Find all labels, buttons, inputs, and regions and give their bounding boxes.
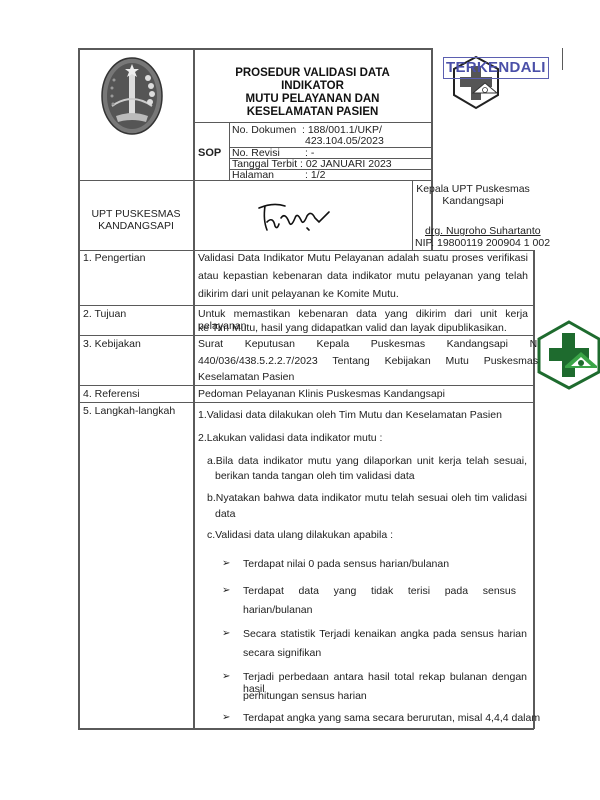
section-label-kebijakan: 3. Kebijakan xyxy=(83,338,141,350)
kebijakan-line: Keselamatan Pasien xyxy=(198,371,294,383)
signatory-name: drg. Nugroho Suhartanto xyxy=(425,225,541,237)
section-label-pengertian: 1. Pengertian xyxy=(83,252,145,264)
document-title: PROSEDUR VALIDASI DATA INDIKATOR MUTU PE… xyxy=(194,67,431,119)
title-divider xyxy=(193,122,431,123)
stamp-edge xyxy=(562,48,563,70)
border-top xyxy=(78,48,431,50)
border-bottom xyxy=(78,728,534,730)
bullet-item: Secara statistik Terjadi kenaikan angka … xyxy=(243,628,527,640)
step-2b: b.Nyatakan bahwa data indikator mutu tel… xyxy=(207,492,527,504)
bullet-item-cont: harian/bulanan xyxy=(243,604,312,616)
title-line: PROSEDUR VALIDASI DATA xyxy=(194,67,431,80)
page-value: : 1/2 xyxy=(305,169,325,181)
kebijakan-line: 440/036/438.5.2.2.7/2023 Tentang Kebijak… xyxy=(198,355,538,367)
doc-number-label: No. Dokumen xyxy=(232,124,296,136)
step-2a: a.Bila data indikator mutu yang dilapork… xyxy=(207,455,527,467)
bullet-item: Terdapat nilai 0 pada sensus harian/bula… xyxy=(243,558,449,570)
kebijakan-line: Surat Keputusan Kepala Puskesmas Kandang… xyxy=(198,338,543,350)
column-divider xyxy=(193,48,195,729)
org-name-line: KANDANGSAPI xyxy=(79,220,193,232)
step-2: 2.Lakukan validasi data indikator mutu : xyxy=(198,432,382,444)
row-divider xyxy=(78,335,534,336)
border-right xyxy=(533,250,535,729)
row-divider xyxy=(78,305,534,306)
bullet-item: Terdapat angka yang sama secara beruruta… xyxy=(243,712,540,724)
row-divider xyxy=(78,250,534,251)
section-label-langkah: 5. Langkah-langkah xyxy=(83,405,175,417)
title-line: KESELAMATAN PASIEN xyxy=(194,106,431,119)
pengertian-line: Validasi Data Indikator Mutu Pelayanan a… xyxy=(198,252,528,264)
bullet-item-cont: secara signifikan xyxy=(243,647,321,659)
pengertian-line: dikirim dari unit pelayanan ke Komite Mu… xyxy=(198,288,399,300)
step-2b-cont: data xyxy=(215,508,235,520)
bullet-item-cont: perhitungan sensus harian xyxy=(243,690,367,702)
emblem-icon xyxy=(100,56,164,136)
title-line: MUTU PELAYANAN DAN xyxy=(194,93,431,106)
signature-icon xyxy=(255,200,345,235)
row-divider xyxy=(78,402,534,403)
step-2c: c.Validasi data ulang dilakukan apabila … xyxy=(207,529,393,541)
tujuan-line: ke Tim Mutu, hasil yang didapatkan valid… xyxy=(198,322,507,334)
section-label-referensi: 4. Referensi xyxy=(83,388,140,400)
org-name: UPT PUSKESMAS KANDANGSAPI xyxy=(79,208,193,232)
puskesmas-logo-green-icon xyxy=(537,320,600,390)
sop-divider xyxy=(229,122,230,180)
bullet-item: Terdapat data yang tidak terisi pada sen… xyxy=(243,585,516,597)
pengertian-line: atau kepastian kebenaran data indikator … xyxy=(198,270,528,282)
arrow-bullet-icon: ➢ xyxy=(222,585,230,597)
step-2a-cont: berikan tanda tangan oleh tim validasi d… xyxy=(215,470,415,482)
terkendali-stamp: TERKENDALI xyxy=(443,57,549,79)
doc-number-value-cont: 423.104.05/2023 xyxy=(305,135,384,147)
row-divider xyxy=(78,385,534,386)
signatory-title-line: Kandangsapi xyxy=(413,195,533,207)
title-line: INDIKATOR xyxy=(194,80,431,93)
arrow-bullet-icon: ➢ xyxy=(222,558,230,570)
arrow-bullet-icon: ➢ xyxy=(222,671,230,683)
page-label: Halaman xyxy=(232,169,274,181)
arrow-bullet-icon: ➢ xyxy=(222,628,230,640)
signatory-nip: NIP. 19800119 200904 1 002 xyxy=(415,237,550,249)
signatory-title-line: Kepala UPT Puskesmas xyxy=(413,183,533,195)
border-right-header xyxy=(431,48,433,250)
org-name-line: UPT PUSKESMAS xyxy=(79,208,193,220)
signatory-title: Kepala UPT Puskesmas Kandangsapi xyxy=(413,183,533,207)
section-label-tujuan: 2. Tujuan xyxy=(83,308,126,320)
border-left xyxy=(78,48,80,729)
step-1: 1.Validasi data dilakukan oleh Tim Mutu … xyxy=(198,409,502,421)
referensi-text: Pedoman Pelayanan Klinis Puskesmas Kanda… xyxy=(198,388,445,400)
arrow-bullet-icon: ➢ xyxy=(222,712,230,724)
sop-label: SOP xyxy=(198,147,221,159)
